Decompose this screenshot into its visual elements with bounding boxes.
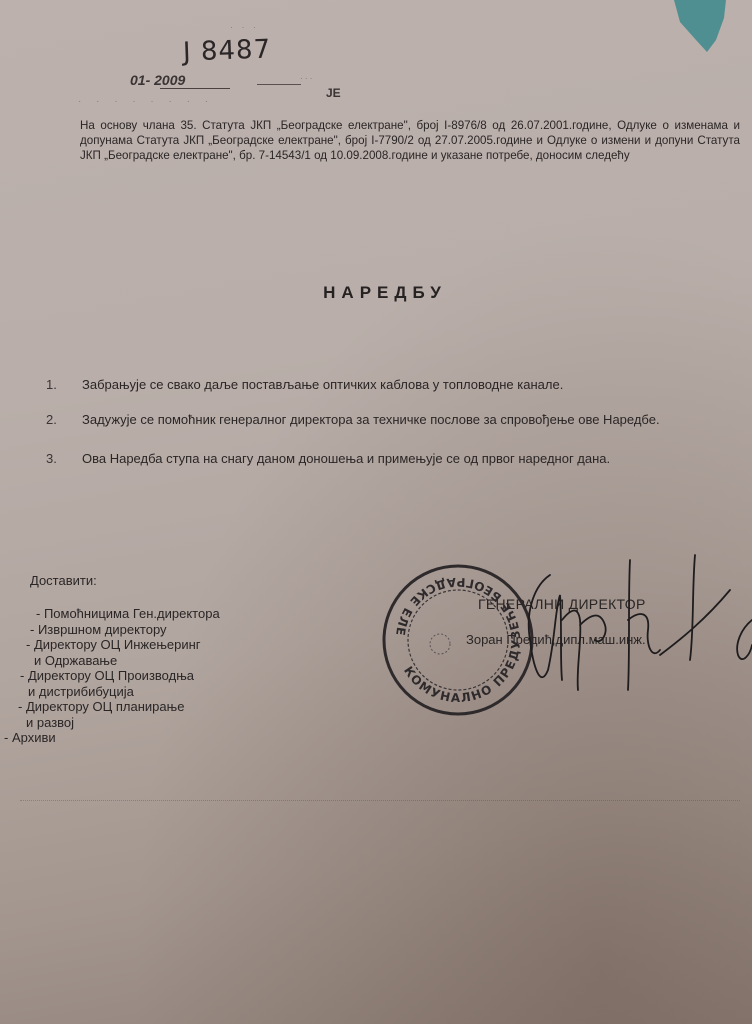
handwritten-registry-number: J 8487 — [183, 34, 272, 67]
recipient-item: - Директору ОЦ Производња и дистрибибуци… — [20, 668, 220, 699]
order-item: 2. Задужује се помоћник генералног дирек… — [46, 411, 736, 428]
recipient-line-continued: и Одржавање — [26, 653, 220, 669]
recipient-line-continued: и дистрибибуција — [20, 684, 220, 700]
recipient-line: - Архиви — [4, 730, 56, 745]
recipient-line: - Директору ОЦ Производња — [20, 668, 194, 683]
faint-bottom-rule — [20, 800, 740, 801]
recipient-line: - Помоћницима Ген.директора — [36, 606, 220, 621]
faint-header-marks: · · · — [230, 22, 259, 32]
recipient-item: - Директору ОЦ Инжењеринг и Одржавање — [26, 637, 220, 668]
registry-stamp-underline — [160, 88, 230, 89]
order-text: Ова Наредба ступа на снагу даном доношењ… — [72, 450, 736, 467]
order-number: 1. — [46, 376, 72, 393]
delivery-section: Доставити: - Помоћницима Ген.директора -… — [30, 573, 220, 746]
preamble-paragraph: На основу члана 35. Статута ЈКП „Београд… — [80, 118, 740, 163]
order-number: 3. — [46, 450, 72, 467]
recipient-line: - Извршном директору — [30, 622, 167, 637]
recipient-line-continued: и развој — [18, 715, 220, 731]
order-item: 3. Ова Наредба ступа на снагу даном доно… — [46, 450, 736, 467]
recipient-line: - Директору ОЦ Инжењеринг — [26, 637, 201, 652]
recipient-item: - Архиви — [4, 730, 220, 746]
recipient-item: - Извршном директору — [30, 622, 220, 638]
recipient-line: - Директору ОЦ планирање — [18, 699, 184, 714]
blue-sticky-tab — [672, 0, 728, 52]
recipients-list: - Помоћницима Ген.директора - Извршном д… — [30, 606, 220, 746]
orders-list: 1. Забрањује се свако даље постављање оп… — [46, 376, 736, 485]
document-title: НАРЕДБУ — [0, 283, 752, 303]
registry-stamp-blank — [257, 84, 301, 85]
registry-stamp-dots: · · · · · · · · — [78, 96, 214, 107]
order-item: 1. Забрањује се свако даље постављање оп… — [46, 376, 736, 393]
order-text: Забрањује се свако даље постављање оптич… — [72, 376, 736, 393]
registry-stamp-date: 01- 2009 — [130, 72, 185, 88]
registry-stamp-faint: · · · — [300, 74, 312, 83]
order-text: Задужује се помоћник генералног директор… — [72, 411, 736, 428]
order-number: 2. — [46, 411, 72, 428]
registry-stamp-mark: ЈЕ — [326, 86, 341, 100]
delivery-label: Доставити: — [30, 573, 220, 588]
recipient-item: - Директору ОЦ планирање и развој — [18, 699, 220, 730]
handwritten-signature — [500, 550, 752, 700]
recipient-item: - Помоћницима Ген.директора — [30, 606, 220, 622]
